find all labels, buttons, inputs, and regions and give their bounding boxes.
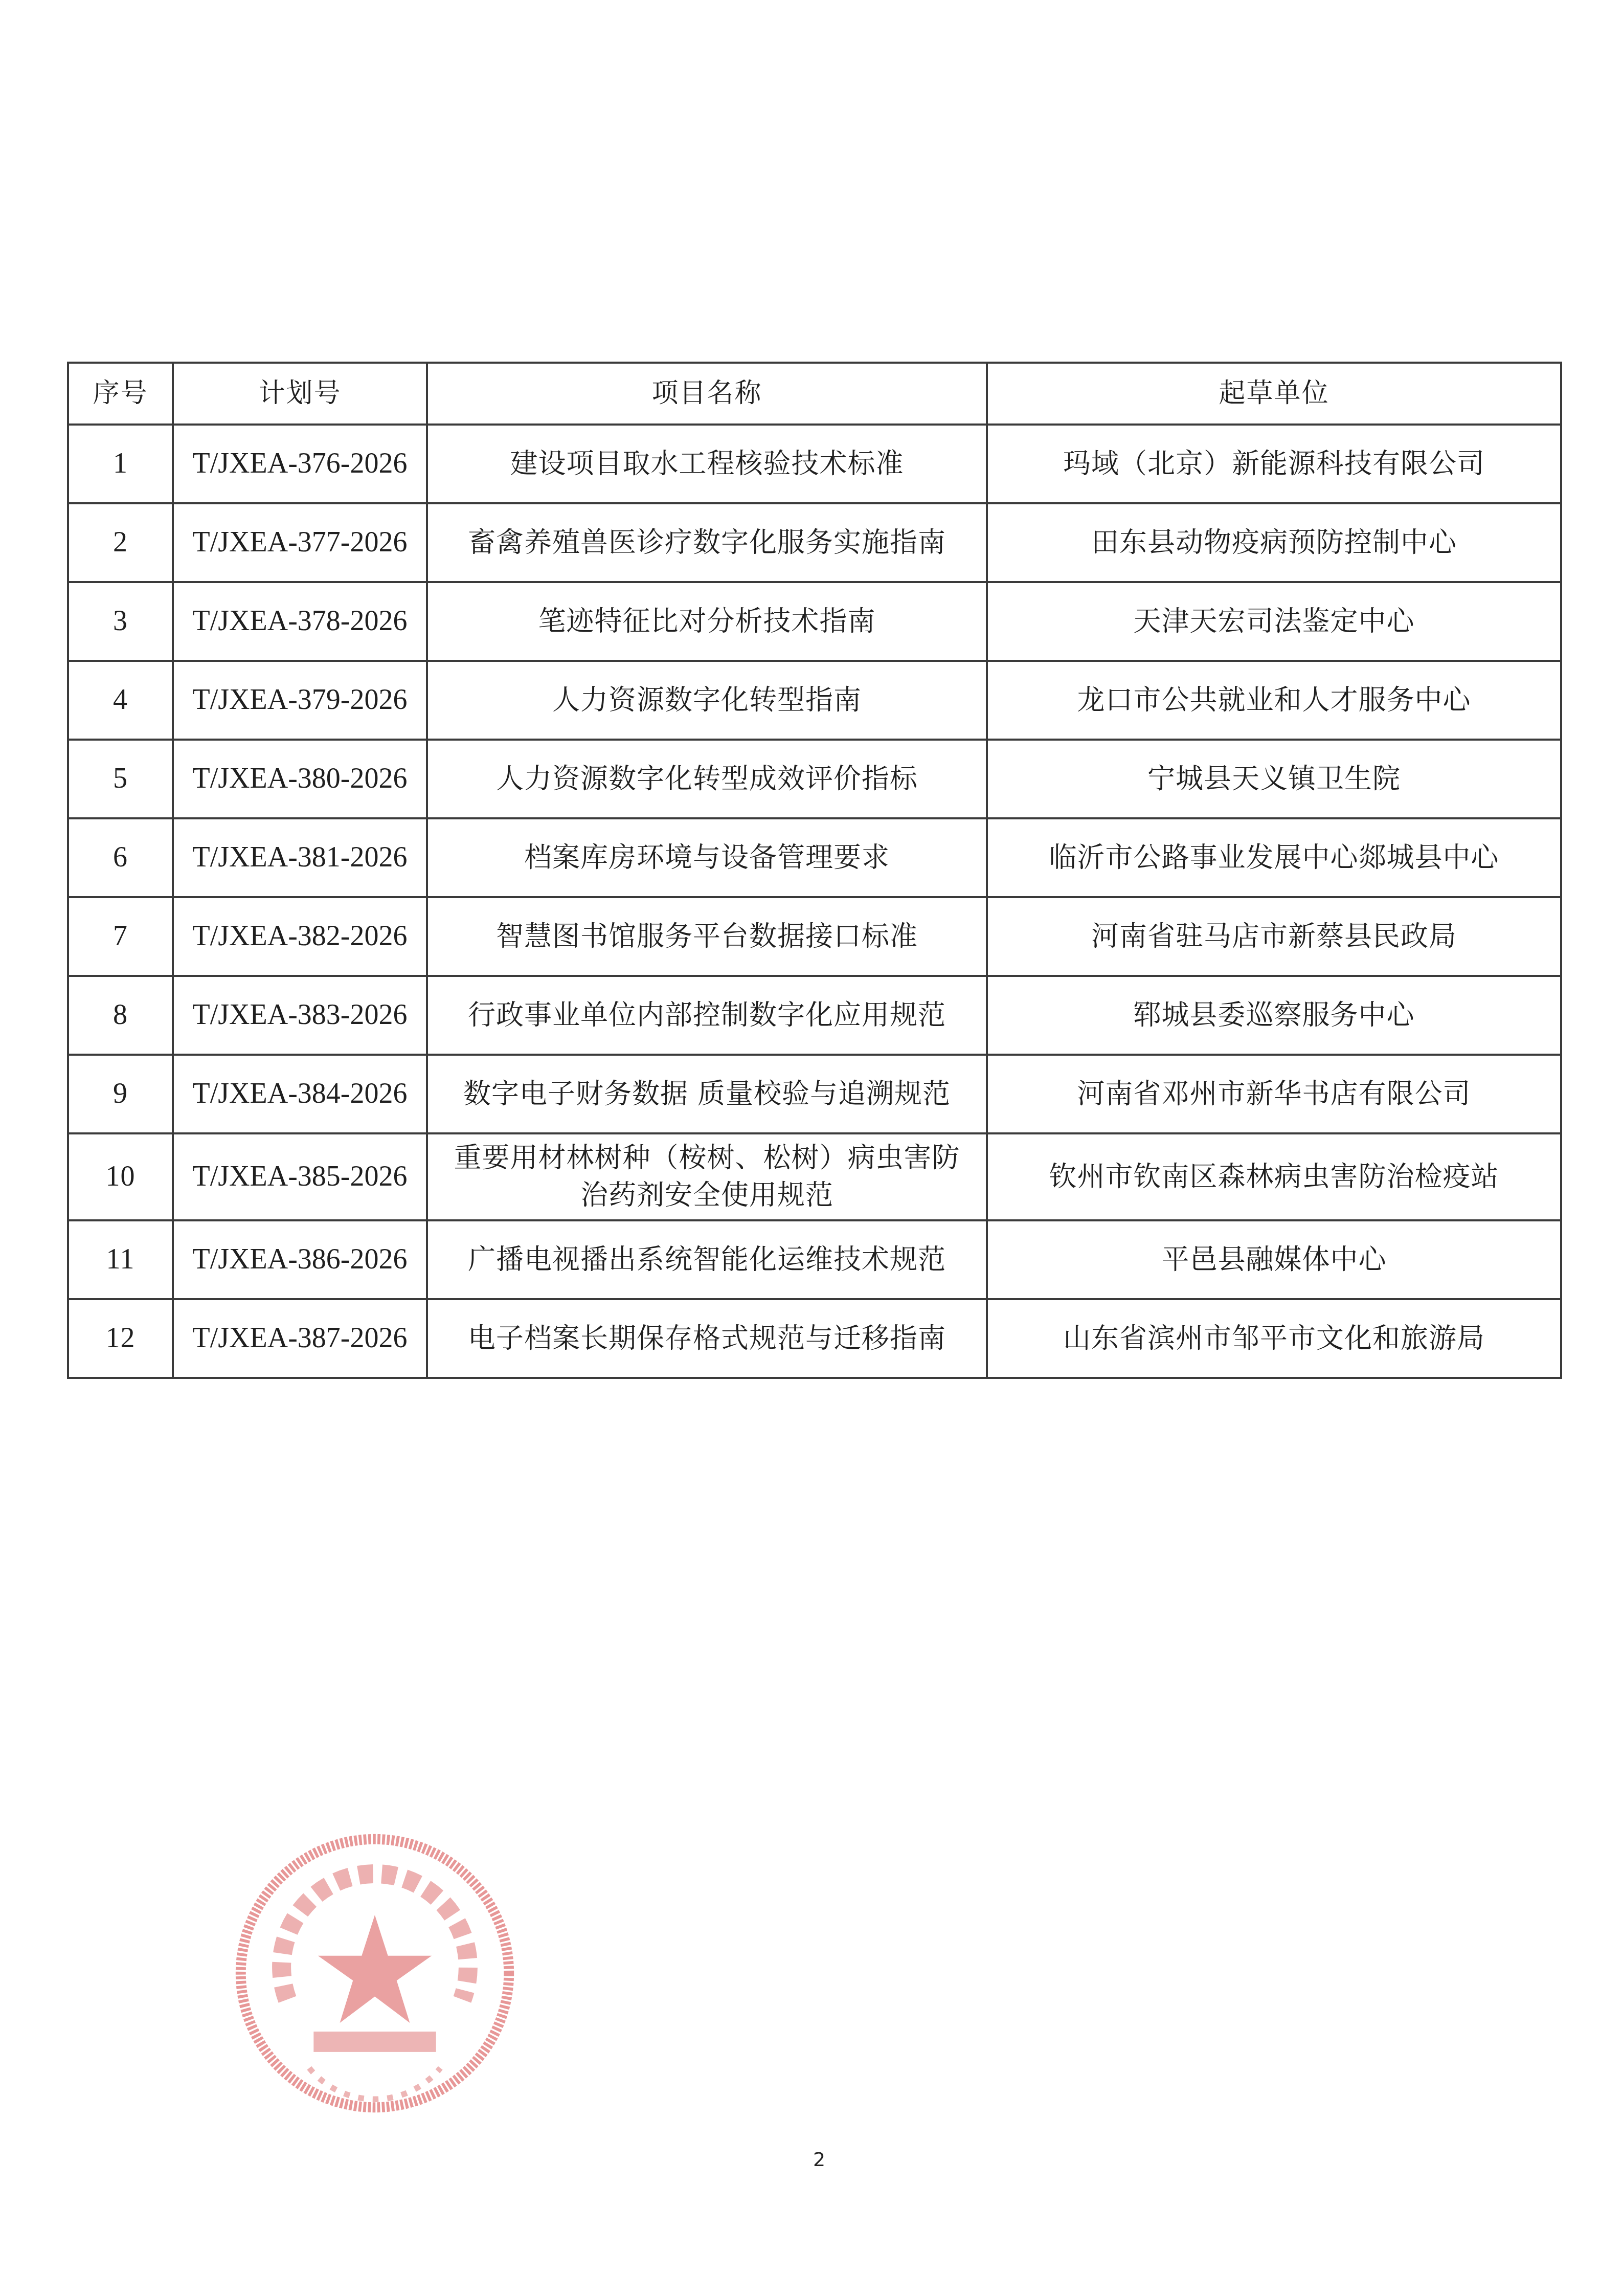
table-header-row: 序号 计划号 项目名称 起草单位: [68, 363, 1561, 425]
project-name-line: 行政事业单位内部控制数字化应用规范: [433, 997, 981, 1034]
row-drafting-unit: 平邑县融媒体中心: [987, 1220, 1561, 1299]
row-drafting-unit: 宁城县天义镇卫生院: [987, 740, 1561, 818]
table-row: 6 T/JXEA-381-2026 档案库房环境与设备管理要求 临沂市公路事业发…: [68, 818, 1561, 897]
table-row: 4 T/JXEA-379-2026 人力资源数字化转型指南 龙口市公共就业和人才…: [68, 661, 1561, 740]
row-seq: 8: [68, 976, 173, 1055]
project-name-line: 广播电视播出系统智能化运维技术规范: [433, 1241, 981, 1279]
row-seq: 6: [68, 818, 173, 897]
row-plan-no: T/JXEA-386-2026: [173, 1220, 427, 1299]
row-plan-no: T/JXEA-383-2026: [173, 976, 427, 1055]
row-project-name: 数字电子财务数据 质量校验与追溯规范: [427, 1055, 987, 1133]
header-drafting-unit: 起草单位: [987, 363, 1561, 425]
header-seq: 序号: [68, 363, 173, 425]
project-name-line: 重要用材林树种（桉树、松树）病虫害防: [433, 1140, 981, 1177]
row-project-name: 建设项目取水工程核验技术标准: [427, 425, 987, 503]
table-row: 2 T/JXEA-377-2026 畜禽养殖兽医诊疗数字化服务实施指南 田东县动…: [68, 503, 1561, 582]
row-seq: 5: [68, 740, 173, 818]
row-seq: 10: [68, 1133, 173, 1220]
project-name-line: 档案库房环境与设备管理要求: [433, 839, 981, 877]
table-row: 5 T/JXEA-380-2026 人力资源数字化转型成效评价指标 宁城县天义镇…: [68, 740, 1561, 818]
table-row: 8 T/JXEA-383-2026 行政事业单位内部控制数字化应用规范 郓城县委…: [68, 976, 1561, 1055]
row-seq: 4: [68, 661, 173, 740]
row-project-name: 重要用材林树种（桉树、松树）病虫害防 治药剂安全使用规范: [427, 1133, 987, 1220]
project-name-line: 治药剂安全使用规范: [433, 1177, 981, 1214]
project-name-line: 数字电子财务数据 质量校验与追溯规范: [433, 1076, 981, 1113]
table-row: 1 T/JXEA-376-2026 建设项目取水工程核验技术标准 玛域（北京）新…: [68, 425, 1561, 503]
official-seal-icon: [229, 1827, 521, 2119]
row-project-name: 畜禽养殖兽医诊疗数字化服务实施指南: [427, 503, 987, 582]
row-plan-no: T/JXEA-379-2026: [173, 661, 427, 740]
row-seq: 1: [68, 425, 173, 503]
row-seq: 3: [68, 582, 173, 661]
row-project-name: 档案库房环境与设备管理要求: [427, 818, 987, 897]
row-drafting-unit: 龙口市公共就业和人才服务中心: [987, 661, 1561, 740]
row-project-name: 电子档案长期保存格式规范与迁移指南: [427, 1299, 987, 1378]
header-project-name: 项目名称: [427, 363, 987, 425]
project-name-line: 智慧图书馆服务平台数据接口标准: [433, 918, 981, 955]
header-plan-no: 计划号: [173, 363, 427, 425]
row-drafting-unit: 玛域（北京）新能源科技有限公司: [987, 425, 1561, 503]
row-seq: 2: [68, 503, 173, 582]
row-seq: 9: [68, 1055, 173, 1133]
table-row: 11 T/JXEA-386-2026 广播电视播出系统智能化运维技术规范 平邑县…: [68, 1220, 1561, 1299]
row-project-name: 行政事业单位内部控制数字化应用规范: [427, 976, 987, 1055]
row-drafting-unit: 田东县动物疫病预防控制中心: [987, 503, 1561, 582]
row-project-name: 笔迹特征比对分析技术指南: [427, 582, 987, 661]
row-plan-no: T/JXEA-381-2026: [173, 818, 427, 897]
table-row: 12 T/JXEA-387-2026 电子档案长期保存格式规范与迁移指南 山东省…: [68, 1299, 1561, 1378]
row-plan-no: T/JXEA-385-2026: [173, 1133, 427, 1220]
row-project-name: 人力资源数字化转型成效评价指标: [427, 740, 987, 818]
row-drafting-unit: 临沂市公路事业发展中心郯城县中心: [987, 818, 1561, 897]
project-name-line: 人力资源数字化转型成效评价指标: [433, 761, 981, 798]
row-drafting-unit: 山东省滨州市邹平市文化和旅游局: [987, 1299, 1561, 1378]
project-name-line: 建设项目取水工程核验技术标准: [433, 445, 981, 483]
row-plan-no: T/JXEA-387-2026: [173, 1299, 427, 1378]
row-project-name: 人力资源数字化转型指南: [427, 661, 987, 740]
row-drafting-unit: 天津天宏司法鉴定中心: [987, 582, 1561, 661]
project-name-line: 电子档案长期保存格式规范与迁移指南: [433, 1320, 981, 1357]
row-project-name: 智慧图书馆服务平台数据接口标准: [427, 897, 987, 976]
row-plan-no: T/JXEA-376-2026: [173, 425, 427, 503]
project-name-line: 笔迹特征比对分析技术指南: [433, 603, 981, 640]
page-number: 2: [813, 2148, 825, 2171]
row-drafting-unit: 河南省邓州市新华书店有限公司: [987, 1055, 1561, 1133]
row-plan-no: T/JXEA-380-2026: [173, 740, 427, 818]
row-drafting-unit: 钦州市钦南区森林病虫害防治检疫站: [987, 1133, 1561, 1220]
row-plan-no: T/JXEA-378-2026: [173, 582, 427, 661]
standards-plan-table: 序号 计划号 项目名称 起草单位 1 T/JXEA-376-2026 建设项目取…: [67, 362, 1562, 1379]
row-plan-no: T/JXEA-382-2026: [173, 897, 427, 976]
row-drafting-unit: 郓城县委巡察服务中心: [987, 976, 1561, 1055]
project-name-line: 畜禽养殖兽医诊疗数字化服务实施指南: [433, 524, 981, 562]
table-row: 10 T/JXEA-385-2026 重要用材林树种（桉树、松树）病虫害防 治药…: [68, 1133, 1561, 1220]
project-name-line: 人力资源数字化转型指南: [433, 682, 981, 719]
table-row: 9 T/JXEA-384-2026 数字电子财务数据 质量校验与追溯规范 河南省…: [68, 1055, 1561, 1133]
row-plan-no: T/JXEA-384-2026: [173, 1055, 427, 1133]
row-seq: 11: [68, 1220, 173, 1299]
row-drafting-unit: 河南省驻马店市新蔡县民政局: [987, 897, 1561, 976]
row-seq: 12: [68, 1299, 173, 1378]
row-plan-no: T/JXEA-377-2026: [173, 503, 427, 582]
row-seq: 7: [68, 897, 173, 976]
table-row: 7 T/JXEA-382-2026 智慧图书馆服务平台数据接口标准 河南省驻马店…: [68, 897, 1561, 976]
row-project-name: 广播电视播出系统智能化运维技术规范: [427, 1220, 987, 1299]
table-row: 3 T/JXEA-378-2026 笔迹特征比对分析技术指南 天津天宏司法鉴定中…: [68, 582, 1561, 661]
